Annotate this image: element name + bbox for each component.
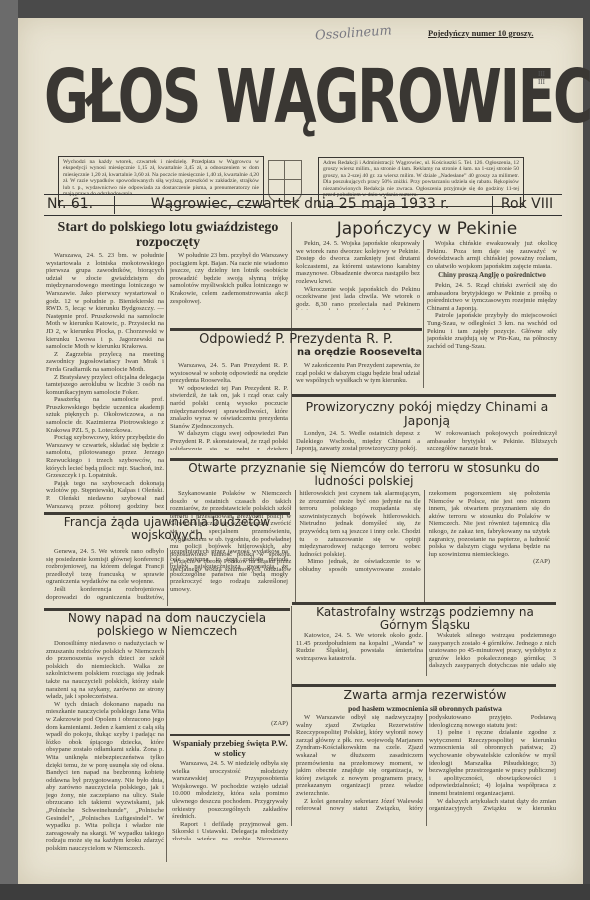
paragraph: W dalszym ciągu swej odpowiedzi Pan Prez…	[170, 430, 288, 450]
paragraph: W rokowaniach pokojowych pośredniczył am…	[427, 430, 557, 453]
paragraph: W Warszawie odbył się nadzwyczajny walny…	[296, 714, 423, 798]
paragraph: Z Zagrzebia przylecą na meeting zawodnic…	[46, 351, 164, 374]
issue-price: Pojedyńczy numer 10 groszy.	[428, 28, 533, 38]
article-subheadline: na orędzie Roosevelta	[200, 347, 422, 358]
article-body-start: Warszawa, 24. 5. 23 bm. w południe wysta…	[46, 252, 164, 510]
section-rule	[170, 328, 422, 331]
article-body-president: Warszawa, 24. 5. Pan Prezydent R. P. wys…	[170, 362, 288, 450]
paragraph: Wojska chińskie ewakuowały już okolicę P…	[427, 240, 557, 270]
paragraph: W zakończeniu Pan Prezydent zapewnia, że…	[296, 362, 420, 385]
article-body-pw: Warszawa, 24. 5. W niedzielę odbyła się …	[172, 760, 288, 840]
paragraph: Pociąg szybowcowy, który przybędzie do W…	[46, 434, 164, 480]
paragraph: Pasażerką na samolocie prof. Pruszkowski…	[46, 396, 164, 434]
article-headline: Prowizoryczny pokój między Chinami a Jap…	[296, 400, 558, 428]
newspaper-title: GŁOS WĄGROWIECKI	[44, 55, 407, 140]
paragraph: Wkroczenie wojsk japońskich do Pekinu oc…	[296, 286, 420, 310]
paragraph: Warszawa, 24. 5. 23 bm. w południe wysta…	[46, 252, 164, 351]
column-divider	[166, 252, 167, 510]
article-headline: Otwarte przyznanie się Niemców do terror…	[170, 462, 558, 488]
article-body-quake: Katowice, 24. 5. We wtorek około godz. 1…	[296, 632, 556, 676]
paragraph: W odpowiedzi tej Pan Prezydent R. P. stw…	[170, 385, 288, 431]
paragraph: Wskutek silnego wstrząsu podziemnego zas…	[429, 632, 556, 676]
dateline-bar: Nr. 61. Wągrowiec, czwartek dnia 25 maja…	[44, 194, 562, 216]
side-mark: III III	[538, 70, 545, 86]
article-body-president-cont: W zakończeniu Pan Prezydent zapewnia, że…	[296, 362, 420, 392]
place-date: Wągrowiec, czwartek dnia 25 maja 1933 r.	[114, 196, 485, 214]
paragraph: Londyn, 24. 5. Wedle ostatnich depesz z …	[296, 430, 420, 453]
article-subheadline: pod hasłem wzmocnienia sił obronnych pań…	[294, 704, 556, 713]
paragraph: Patrole japońskie przybyły do miejscowoś…	[427, 312, 557, 350]
article-body-france: Genewa, 24. 5. We wtorek rano odbyło się…	[46, 548, 288, 606]
column-divider	[423, 240, 424, 388]
article-headline: Francja żąda ujawnienia budżetów wojskow…	[44, 516, 290, 542]
paragraph: Genewa, 24. 5. We wtorek rano odbyło się…	[46, 548, 164, 586]
paragraph: 1) pełne i ręczne działanie zgodne z wyt…	[429, 729, 556, 797]
source-credit: (ZAP)	[170, 720, 288, 728]
scan-margin-left	[0, 0, 18, 900]
article-headline: Nowy napad na dom nauczyciela polskiego …	[44, 612, 290, 638]
paragraph: Warszawa, 24. 5. W niedzielę odbyła się …	[172, 760, 288, 821]
issue-number: Nr. 61.	[47, 196, 93, 212]
volume-year: Rok VIII	[492, 196, 561, 214]
article-headline: Japończycy w Pekinie	[296, 219, 558, 239]
paragraph: Raport i defiladę przyjmował gen. Sikors…	[172, 821, 288, 840]
paragraph: Pekin, 24. 5. Wojska japońskie okupowały…	[296, 240, 420, 286]
article-body-reservists: W Warszawie odbył się nadzwyczajny walny…	[296, 714, 556, 826]
article-body-japan: Pekin, 24. 5. Wojska japońskie okupowały…	[296, 240, 420, 310]
article-headline: Zwarta armja rezerwistów	[294, 688, 556, 702]
section-rule	[292, 394, 556, 397]
column-divider	[166, 640, 167, 862]
paragraph: Z Bratysławy przyleci oficjalna delegacj…	[46, 374, 164, 397]
paragraph: W tych dniach dokonano napadu na mieszka…	[46, 701, 164, 853]
paragraph: Katowice, 24. 5. We wtorek około godz. 1…	[296, 632, 423, 662]
paragraph: Pekin, 24. 5. Rząd chiński zwrócił się d…	[427, 282, 557, 312]
article-body-teacher-source: (ZAP)	[170, 720, 288, 730]
article-body-peace-cont: W rokowaniach pokojowych pośredniczył am…	[427, 430, 557, 454]
paragraph: Donosiliśmy niedawno o nadużyciach w zmu…	[46, 640, 164, 701]
article-body-teacher: Donosiliśmy niedawno o nadużyciach w zmu…	[46, 640, 164, 860]
article-headline: Start do polskiego lotu gwiaździstego ro…	[48, 220, 288, 250]
article-subheading: Chiny proszą Anglję o pośrednictwo	[427, 272, 557, 280]
article-headline: Katastrofalny wstrząs podziemny na Górny…	[294, 606, 556, 632]
source-credit: (ZAP)	[429, 558, 550, 566]
article-body-start-cont: W południe 23 bm. przybył do Warszawy po…	[170, 252, 288, 322]
article-headline: Wspaniały przebieg święta P.W. w stolicy	[172, 738, 288, 758]
column-divider	[291, 606, 292, 826]
paragraph: Pająk tego na szybowcach dokonają wzlotó…	[46, 480, 164, 510]
article-body-peace: Londyn, 24. 5. Wedle ostatnich depesz z …	[296, 430, 420, 454]
paragraph: W południe 23 bm. przybył do Warszawy po…	[170, 252, 288, 305]
scan-margin-bottom	[0, 884, 590, 900]
article-headline: Odpowiedź P. Prezydenta R. P.	[170, 332, 422, 347]
article-body-japan-cont: Wojska chińskie ewakuowały już okolicę P…	[427, 240, 557, 388]
section-rule	[170, 734, 290, 736]
paragraph: Warszawa, 24. 5. Pan Prezydent R. P. wys…	[170, 362, 288, 385]
